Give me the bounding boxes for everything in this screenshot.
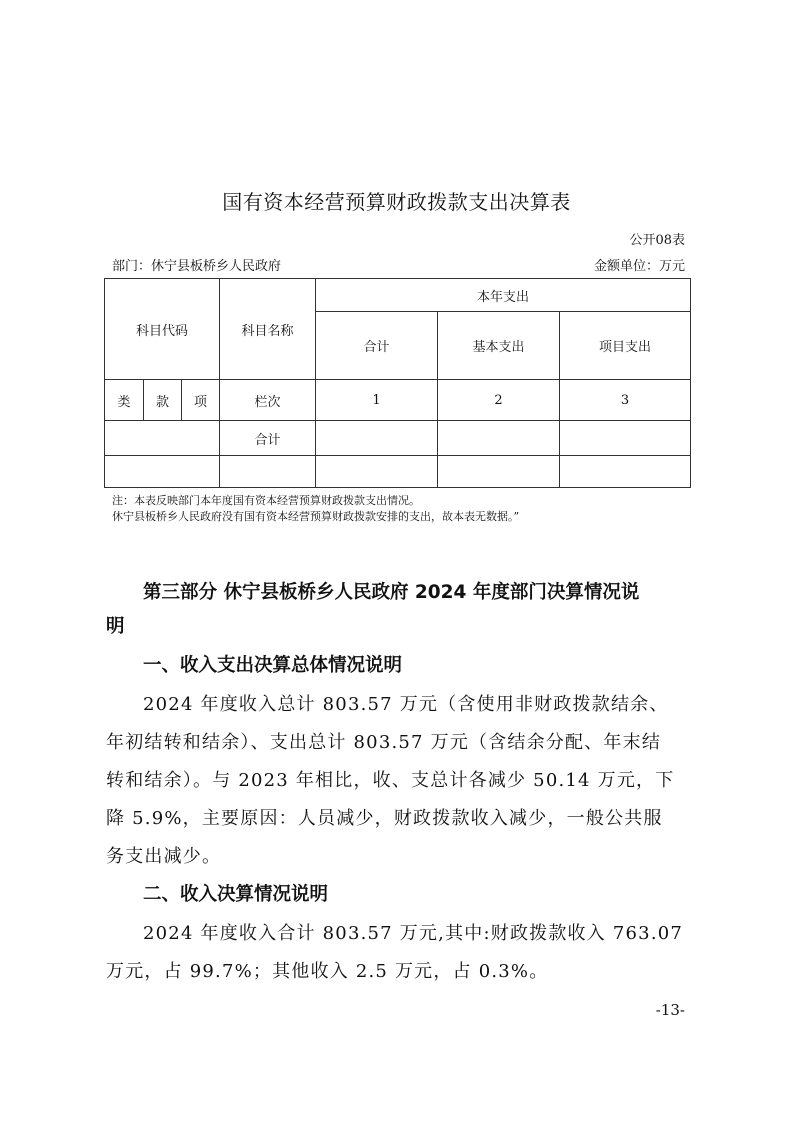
column-number-2: 2 [438, 380, 560, 421]
section2-line-1: 2024 年度收入合计 803.57 万元,其中:财政拨款收入 763.07 [143, 919, 683, 945]
table-row [105, 456, 691, 488]
row-name: 合计 [220, 421, 316, 456]
header-section: 款 [144, 380, 182, 421]
header-subject-name: 科目名称 [220, 279, 316, 380]
table-note-1: 注：本表反映部门本年度国有资本经营预算财政拨款支出情况。 [112, 492, 420, 508]
section1-heading: 一、收入支出决算总体情况说明 [143, 651, 402, 677]
table-title: 国有资本经营预算财政拨款支出决算表 [0, 186, 793, 215]
department-label: 部门：休宁县板桥乡人民政府 [112, 255, 281, 274]
section1-line-5: 务支出减少。 [106, 842, 221, 868]
section2-heading: 二、收入决算情况说明 [143, 880, 328, 906]
header-project-expenditure: 项目支出 [560, 312, 691, 380]
expenditure-table: 科目代码 科目名称 本年支出 合计 基本支出 项目支出 类 款 项 栏次 1 2… [104, 278, 691, 488]
row-basic [438, 456, 560, 488]
section1-line-1: 2024 年度收入总计 803.57 万元（含使用非财政拨款结余、 [143, 690, 669, 716]
header-basic-expenditure: 基本支出 [438, 312, 560, 380]
column-number-1: 1 [316, 380, 438, 421]
header-category: 类 [105, 380, 144, 421]
row-total [316, 421, 438, 456]
row-basic [438, 421, 560, 456]
column-number-3: 3 [560, 380, 691, 421]
section1-line-4: 降 5.9%，主要原因：人员减少，财政拨款收入减少，一般公共服 [106, 804, 663, 830]
section1-line-2: 年初结转和结余）、支出总计 803.57 万元（含结余分配、年末结 [106, 728, 661, 754]
row-total [316, 456, 438, 488]
row-name [220, 456, 316, 488]
part3-heading: 第三部分 休宁县板桥乡人民政府 2024 年度部门决算情况说 [143, 578, 639, 604]
row-code [105, 456, 220, 488]
table-number: 公开08表 [629, 229, 685, 248]
part3-heading-cont: 明 [106, 612, 125, 638]
page-number: -13- [656, 1001, 685, 1019]
amount-unit-label: 金额单位：万元 [594, 255, 685, 274]
header-column-index: 栏次 [220, 380, 316, 421]
section1-line-3: 转和结余）。与 2023 年相比，收、支总计各减少 50.14 万元，下 [106, 766, 674, 792]
header-subject-code: 科目代码 [105, 279, 220, 380]
table-note-2: 休宁县板桥乡人民政府没有国有资本经营预算财政拨款安排的支出，故本表无数据。” [112, 508, 519, 524]
header-total: 合计 [316, 312, 438, 380]
row-code [105, 421, 220, 456]
section2-line-2: 万元，占 99.7%；其他收入 2.5 万元，占 0.3%。 [106, 957, 548, 983]
header-item: 项 [182, 380, 220, 421]
row-project [560, 456, 691, 488]
header-current-year-expenditure: 本年支出 [316, 279, 691, 312]
row-project [560, 421, 691, 456]
table-row: 合计 [105, 421, 691, 456]
